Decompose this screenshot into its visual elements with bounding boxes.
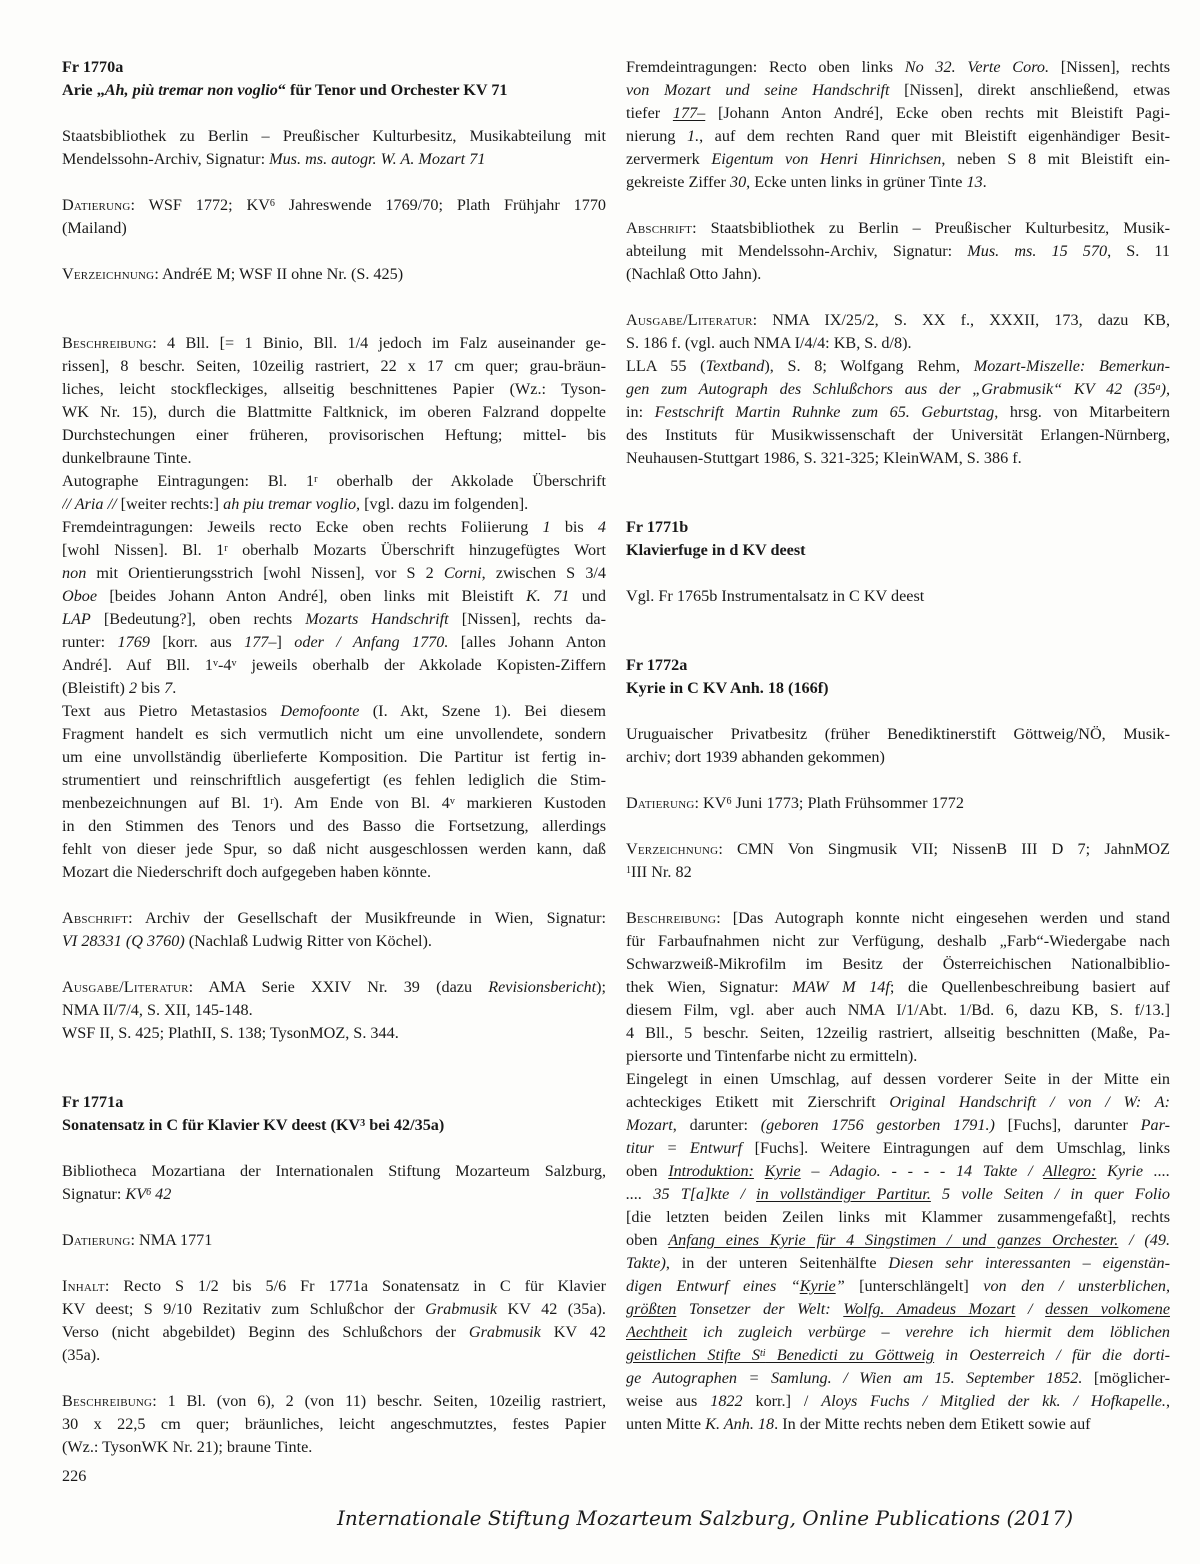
text-line: Durchstechungen einer früheren, provisor… <box>62 424 606 447</box>
text-line: unten Mitte K. Anh. 18. In der Mitte rec… <box>626 1413 1170 1436</box>
text-line: Sonatensatz in C für Klavier KV deest (K… <box>62 1114 606 1137</box>
text-line: runter: 1769 [korr. aus 177–] oder / Anf… <box>62 631 606 654</box>
text-line: Abschrift: Archiv der Gesellschaft der M… <box>62 907 606 930</box>
text-line: dunkelbraune Tinte. <box>62 447 606 470</box>
text-line: (Bleistift) 2 bis 7. <box>62 677 606 700</box>
text-line: (35a). <box>62 1344 606 1367</box>
catalog-page: Fr 1770aArie „Ah, più tremar non voglio“… <box>0 0 1200 1564</box>
text-line: gekreiste Ziffer 30, Ecke unten links in… <box>626 171 1170 194</box>
text-line: größten Tonsetzer der Welt: Wolfg. Amade… <box>626 1298 1170 1321</box>
text-line: // Aria // [weiter rechts:] ah piu trema… <box>62 493 606 516</box>
text-line: NMA II/7/4, S. XII, 145-148. <box>62 999 606 1022</box>
text-line: gen zum Autograph des Schlußchors aus de… <box>626 378 1170 401</box>
text-line: zervermerk Eigentum von Henri Hinrichsen… <box>626 148 1170 171</box>
text-line: S. 186 f. (vgl. auch NMA I/4/4: KB, S. d… <box>626 332 1170 355</box>
entry-heading-fr1771b: Fr 1771bKlavierfuge in d KV deest <box>626 516 1170 562</box>
text-line: Autographe Eintragungen: Bl. 1r oberhalb… <box>62 470 606 493</box>
text-line: Datierung: WSF 1772; KV6 Jahreswende 176… <box>62 194 606 217</box>
text-line: Takte), in der unteren Seitenhälfte Dies… <box>626 1252 1170 1275</box>
beschreibung-paragraph: Beschreibung: 4 Bll. [= 1 Binio, Bll. 1/… <box>62 332 606 470</box>
right-column: Fremdeintragungen: Recto oben links No 3… <box>626 56 1170 1488</box>
text-line: archiv; dort 1939 abhanden gekommen) <box>626 746 1170 769</box>
text-line: Beschreibung: 1 Bl. (von 6), 2 (von 11) … <box>62 1390 606 1413</box>
text-line: Text aus Pietro Metastasios Demofoonte (… <box>62 700 606 723</box>
left-column: Fr 1770aArie „Ah, più tremar non voglio“… <box>62 56 606 1488</box>
two-column-text: Fr 1770aArie „Ah, più tremar non voglio“… <box>0 0 1200 1488</box>
publication-footer: Internationale Stiftung Mozarteum Salzbu… <box>0 1506 1200 1530</box>
text-line: Mozart die Niederschrift doch aufgegeben… <box>62 861 606 884</box>
text-line: André]. Auf Bll. 1v-4v jeweils oberhalb … <box>62 654 606 677</box>
text-line: Oboe [beides Johann Anton André], oben l… <box>62 585 606 608</box>
text-line: 4 Bll., 5 beschr. Seiten, 12zeilig rastr… <box>626 1022 1170 1045</box>
autographe-eintragungen-paragraph: Autographe Eintragungen: Bl. 1r oberhalb… <box>62 470 606 516</box>
text-line: Fr 1770a <box>62 56 606 79</box>
text-line: Fr 1771b <box>626 516 1170 539</box>
abschrift-paragraph: Abschrift: Archiv der Gesellschaft der M… <box>62 907 606 953</box>
datierung-paragraph: Datierung: NMA 1771 <box>62 1229 606 1252</box>
text-line: thek Wien, Signatur: MAW M 14f; die Quel… <box>626 976 1170 999</box>
entry-heading-fr1771a: Fr 1771aSonatensatz in C für Klavier KV … <box>62 1091 606 1137</box>
datierung-paragraph: Datierung: WSF 1772; KV6 Jahreswende 176… <box>62 194 606 240</box>
text-line: um eine unvollständig überlieferte Kompo… <box>62 746 606 769</box>
text-line: Fr 1771a <box>62 1091 606 1114</box>
text-line: Fragment handelt es sich vermutlich nich… <box>62 723 606 746</box>
text-line: für Farbaufnahmen nicht zur Verfügung, d… <box>626 930 1170 953</box>
text-line: LLA 55 (Textband), S. 8; Wolfgang Rehm, … <box>626 355 1170 378</box>
beschreibung-paragraph: Beschreibung: [Das Autograph konnte nich… <box>626 907 1170 1436</box>
text-line: WK Nr. 15), durch die Blattmitte Faltkni… <box>62 401 606 424</box>
text-line: Datierung: NMA 1771 <box>62 1229 606 1252</box>
text-line: .... 35 T[a]kte / in vollständiger Parti… <box>626 1183 1170 1206</box>
text-line: strumentiert und reinschriftlich ausgefe… <box>62 769 606 792</box>
text-line: Mozart, darunter: (geboren 1756 gestorbe… <box>626 1114 1170 1137</box>
text-line: diesem Film, vgl. aber auch NMA I/1/Abt.… <box>626 999 1170 1022</box>
text-line: Verzeichnung: AndréE M; WSF II ohne Nr. … <box>62 263 606 286</box>
text-line: des Instituts für Musikwissenschaft der … <box>626 424 1170 447</box>
text-line: in: Festschrift Martin Ruhnke zum 65. Ge… <box>626 401 1170 424</box>
text-line: menbezeichnungen auf Bl. 1r). Am Ende vo… <box>62 792 606 815</box>
text-line: rissen], 8 beschr. Seiten, 10zeilig rast… <box>62 355 606 378</box>
verweis-paragraph: Vgl. Fr 1765b Instrumentalsatz in C KV d… <box>626 585 1170 608</box>
text-line: 30 x 22,5 cm quer; bräunliches, leicht a… <box>62 1413 606 1436</box>
text-line: liches, leicht stockfleckiges, allseitig… <box>62 378 606 401</box>
text-line: Fremdeintragungen: Recto oben links No 3… <box>626 56 1170 79</box>
text-line: Ausgabe/Literatur: AMA Serie XXIV Nr. 39… <box>62 976 606 999</box>
text-line: tiefer 177– [Johann Anton André], Ecke o… <box>626 102 1170 125</box>
verzeichnung-paragraph: Verzeichnung: AndréE M; WSF II ohne Nr. … <box>62 263 606 286</box>
text-line: Fremdeintragungen: Jeweils recto Ecke ob… <box>62 516 606 539</box>
text-line: Verzeichnung: CMN Von Singmusik VII; Nis… <box>626 838 1170 861</box>
fremdeintragungen-paragraph: Fremdeintragungen: Jeweils recto Ecke ob… <box>62 516 606 700</box>
text-line: Ausgabe/Literatur: NMA IX/25/2, S. XX f.… <box>626 309 1170 332</box>
text-line: nierung 1., auf dem rechten Rand quer mi… <box>626 125 1170 148</box>
text-line: Klavierfuge in d KV deest <box>626 539 1170 562</box>
page-number: 226 <box>62 1465 606 1488</box>
text-line: Beschreibung: [Das Autograph konnte nich… <box>626 907 1170 930</box>
text-line: WSF II, S. 425; PlathII, S. 138; TysonMO… <box>62 1022 606 1045</box>
text-line: [die letzten beiden Zeilen links mit Kla… <box>626 1206 1170 1229</box>
text-line: Vgl. Fr 1765b Instrumentalsatz in C KV d… <box>626 585 1170 608</box>
text-line: Staatsbibliothek zu Berlin – Preußischer… <box>62 125 606 148</box>
text-line: Verso (nicht abgebildet) Beginn des Schl… <box>62 1321 606 1344</box>
text-line: von Mozart und seine Handschrift [Nissen… <box>626 79 1170 102</box>
text-line: weise aus 1822 korr.] / Aloys Fuchs / Mi… <box>626 1390 1170 1413</box>
text-line: Mendelssohn-Archiv, Signatur: Mus. ms. a… <box>62 148 606 171</box>
text-line: geistlichen Stifte Sti Benedicti zu Gött… <box>626 1344 1170 1367</box>
text-line: Neuhausen-Stuttgart 1986, S. 321-325; Kl… <box>626 447 1170 470</box>
text-line: Eingelegt in einen Umschlag, auf dessen … <box>626 1068 1170 1091</box>
entry-heading-fr1770a: Fr 1770aArie „Ah, più tremar non voglio“… <box>62 56 606 102</box>
text-line: Fr 1772a <box>626 654 1170 677</box>
text-line: Beschreibung: 4 Bll. [= 1 Binio, Bll. 1/… <box>62 332 606 355</box>
text-line: Abschrift: Staatsbibliothek zu Berlin – … <box>626 217 1170 240</box>
right-column-blocks: Fremdeintragungen: Recto oben links No 3… <box>626 56 1170 1436</box>
text-line: fehlt von dieser jede Spur, so daß nicht… <box>62 838 606 861</box>
verzeichnung-paragraph: Verzeichnung: CMN Von Singmusik VII; Nis… <box>626 838 1170 884</box>
text-line: Uruguaischer Privatbesitz (früher Benedi… <box>626 723 1170 746</box>
text-line: ge Autographen = Samlung. / Wien am 15. … <box>626 1367 1170 1390</box>
text-line: achteckiges Etikett mit Zierschrift Orig… <box>626 1091 1170 1114</box>
text-line: piersorte und Tintenfarbe nicht zu ermit… <box>626 1045 1170 1068</box>
text-line: 1III Nr. 82 <box>626 861 1170 884</box>
text-line: [wohl Nissen]. Bl. 1r oberhalb Mozarts Ü… <box>62 539 606 562</box>
text-line: Arie „Ah, più tremar non voglio“ für Ten… <box>62 79 606 102</box>
provenance-paragraph: Bibliotheca Mozartiana der International… <box>62 1160 606 1206</box>
text-line: titur = Entwurf [Fuchs]. Weitere Eintrag… <box>626 1137 1170 1160</box>
text-line: oben Introduktion: Kyrie – Adagio. - - -… <box>626 1160 1170 1183</box>
abschrift-paragraph: Abschrift: Staatsbibliothek zu Berlin – … <box>626 217 1170 286</box>
text-line: VI 28331 (Q 3760) (Nachlaß Ludwig Ritter… <box>62 930 606 953</box>
text-line: abteilung mit Mendelssohn-Archiv, Signat… <box>626 240 1170 263</box>
entry-heading-fr1772a: Fr 1772aKyrie in C KV Anh. 18 (166f) <box>626 654 1170 700</box>
ausgabe-literatur-paragraph: Ausgabe/Literatur: NMA IX/25/2, S. XX f.… <box>626 309 1170 470</box>
text-line: Bibliotheca Mozartiana der International… <box>62 1160 606 1183</box>
provenance-paragraph: Staatsbibliothek zu Berlin – Preußischer… <box>62 125 606 171</box>
text-line: non mit Orientierungsstrich [wohl Nissen… <box>62 562 606 585</box>
text-herkunft-paragraph: Text aus Pietro Metastasios Demofoonte (… <box>62 700 606 884</box>
text-line: (Wz.: TysonWK Nr. 21); braune Tinte. <box>62 1436 606 1459</box>
text-line: digen Entwurf eines “Kyrie” [unterschlän… <box>626 1275 1170 1298</box>
text-line: Inhalt: Recto S 1/2 bis 5/6 Fr 1771a Son… <box>62 1275 606 1298</box>
text-line: Signatur: KV6 42 <box>62 1183 606 1206</box>
text-line: Schwarzweiß-Mikrofilm im Besitz der Öste… <box>626 953 1170 976</box>
text-line: Kyrie in C KV Anh. 18 (166f) <box>626 677 1170 700</box>
text-line: Datierung: KV6 Juni 1773; Plath Frühsomm… <box>626 792 1170 815</box>
provenance-paragraph: Uruguaischer Privatbesitz (früher Benedi… <box>626 723 1170 769</box>
left-column-blocks: Fr 1770aArie „Ah, più tremar non voglio“… <box>62 56 606 1459</box>
ausgabe-literatur-paragraph: Ausgabe/Literatur: AMA Serie XXIV Nr. 39… <box>62 976 606 1045</box>
beschreibung-paragraph: Beschreibung: 1 Bl. (von 6), 2 (von 11) … <box>62 1390 606 1459</box>
text-line: oben Anfang eines Kyrie für 4 Singstimen… <box>626 1229 1170 1252</box>
text-line: in den Stimmen des Tenors und des Basso … <box>62 815 606 838</box>
text-line: (Mailand) <box>62 217 606 240</box>
text-line: LAP [Bedeutung?], oben rechts Mozarts Ha… <box>62 608 606 631</box>
fremdeintragungen-paragraph: Fremdeintragungen: Recto oben links No 3… <box>626 56 1170 194</box>
inhalt-paragraph: Inhalt: Recto S 1/2 bis 5/6 Fr 1771a Son… <box>62 1275 606 1367</box>
datierung-paragraph: Datierung: KV6 Juni 1773; Plath Frühsomm… <box>626 792 1170 815</box>
text-line: Aechtheit ich zugleich verbürge – verehr… <box>626 1321 1170 1344</box>
text-line: (Nachlaß Otto Jahn). <box>626 263 1170 286</box>
text-line: KV deest; S 9/10 Rezitativ zum Schlußcho… <box>62 1298 606 1321</box>
